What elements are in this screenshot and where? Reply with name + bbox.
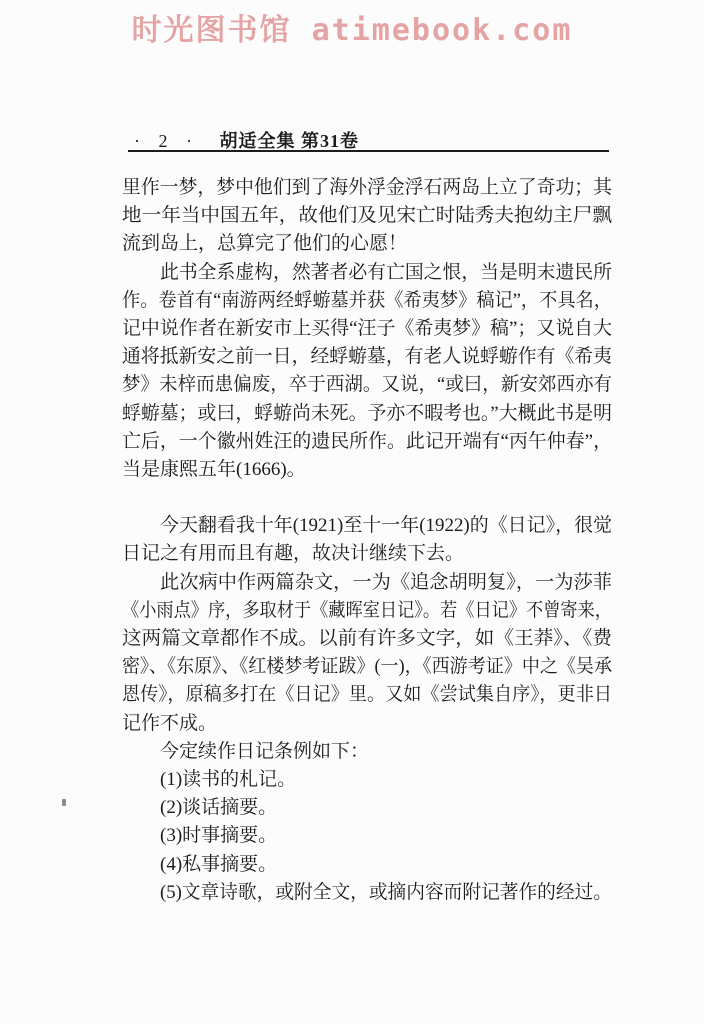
text-line-content: 今天翻看我十年(1921)至十一年(1922)的《日记》，很觉 <box>160 512 612 540</box>
text-line-content: (1)读书的札记。 <box>160 766 296 794</box>
text-line-content: 当是康熙五年(1666)。 <box>122 456 306 484</box>
text-line-content: 日记之有用而且有趣，故决计继续下去。 <box>122 540 464 568</box>
text-line-content: (3)时事摘要。 <box>160 822 277 850</box>
text-line: 今定续作日记条例如下： <box>122 738 612 766</box>
text-line: (1)读书的札记。 <box>122 766 612 794</box>
text-line: 恩传》，原稿多打在《日记》里。又如《尝试集自序》，更非日 <box>122 681 612 709</box>
text-line-content: 今定续作日记条例如下： <box>160 738 369 766</box>
text-line-content: (2)谈话摘要。 <box>160 794 277 822</box>
watermark-text: 时光图书馆 atimebook.com <box>0 5 704 49</box>
book-page: 时光图书馆 atimebook.com · 2 · 胡适全集 第31卷 里作一梦… <box>0 0 704 1024</box>
text-line: (3)时事摘要。 <box>122 822 612 850</box>
text-line-content: 《小雨点》序，多取材于《藏晖室日记》。若《日记》不曾寄来， <box>122 597 612 625</box>
text-line: 记中说作者在新安市上买得“汪子《希夷梦》稿”；又说自大 <box>122 315 612 343</box>
body-text: 里作一梦，梦中他们到了海外浮金浮石两岛上立了奇功；其地一年当中国五年，故他们及见… <box>122 174 612 907</box>
header-rule <box>128 150 609 152</box>
text-line: 作。卷首有“南游两经蜉蝣墓并获《希夷梦》稿记”，不具名， <box>122 287 612 315</box>
text-line <box>122 484 612 512</box>
text-line-content: 蜉蝣墓；或曰，蜉蝣尚未死。予亦不暇考也。”大概此书是明 <box>122 400 612 428</box>
text-line: 此书全系虚构，然著者必有亡国之恨，当是明末遗民所 <box>122 259 612 287</box>
book-title: 胡适全集 第31卷 <box>220 131 360 151</box>
text-line-content: 作。卷首有“南游两经蜉蝣墓并获《希夷梦》稿记”，不具名， <box>122 287 612 315</box>
text-line-content: 记中说作者在新安市上买得“汪子《希夷梦》稿”；又说自大 <box>122 315 612 343</box>
text-line: 密》、《东原》、《红楼梦考证跋》(一)，《西游考证》中之《吴承 <box>122 653 612 681</box>
text-line-content: 密》、《东原》、《红楼梦考证跋》(一)，《西游考证》中之《吴承 <box>122 653 612 681</box>
text-line-content: 恩传》，原稿多打在《日记》里。又如《尝试集自序》，更非日 <box>122 681 612 709</box>
text-line: 里作一梦，梦中他们到了海外浮金浮石两岛上立了奇功；其 <box>122 174 612 202</box>
text-line: 亡后，一个徽州姓汪的遗民所作。此记开端有“丙午仲春”， <box>122 428 612 456</box>
text-line-content: 梦》未梓而患偏废，卒于西湖。又说，“或曰，新安郊西亦有 <box>122 371 612 399</box>
text-line-content: 这两篇文章都作不成。以前有许多文字，如《王莽》、《费 <box>122 625 612 653</box>
text-line: 这两篇文章都作不成。以前有许多文字，如《王莽》、《费 <box>122 625 612 653</box>
text-line: 日记之有用而且有趣，故决计继续下去。 <box>122 540 612 568</box>
text-line-content: 亡后，一个徽州姓汪的遗民所作。此记开端有“丙午仲春”， <box>122 428 612 456</box>
scan-speck <box>62 799 66 806</box>
text-line: 梦》未梓而患偏废，卒于西湖。又说，“或曰，新安郊西亦有 <box>122 371 612 399</box>
text-line: (5)文章诗歌，或附全文，或摘内容而附记著作的经过。 <box>122 879 612 907</box>
text-line: 今天翻看我十年(1921)至十一年(1922)的《日记》，很觉 <box>122 512 612 540</box>
text-line: 通将抵新安之前一日，经蜉蝣墓，有老人说蜉蝣作有《希夷 <box>122 343 612 371</box>
text-line: 地一年当中国五年，故他们及见宋亡时陆秀夫抱幼主尸飘 <box>122 202 612 230</box>
text-line: 《小雨点》序，多取材于《藏晖室日记》。若《日记》不曾寄来， <box>122 597 612 625</box>
text-line-content: 里作一梦，梦中他们到了海外浮金浮石两岛上立了奇功；其 <box>122 174 612 202</box>
text-line: 流到岛上，总算完了他们的心愿！ <box>122 230 612 258</box>
text-line-content: 记作不成。 <box>122 710 217 738</box>
text-line: 蜉蝣墓；或曰，蜉蝣尚未死。予亦不暇考也。”大概此书是明 <box>122 400 612 428</box>
text-line-content: 通将抵新安之前一日，经蜉蝣墓，有老人说蜉蝣作有《希夷 <box>122 343 612 371</box>
text-line: (4)私事摘要。 <box>122 851 612 879</box>
text-line-content: 地一年当中国五年，故他们及见宋亡时陆秀夫抱幼主尸飘 <box>122 202 612 230</box>
page-number: · 2 · <box>134 131 199 151</box>
text-line-content: 此书全系虚构，然著者必有亡国之恨，当是明末遗民所 <box>160 259 612 287</box>
text-line-content: (5)文章诗歌，或附全文，或摘内容而附记著作的经过。 <box>160 879 612 907</box>
text-line: (2)谈话摘要。 <box>122 794 612 822</box>
text-line: 当是康熙五年(1666)。 <box>122 456 612 484</box>
text-line: 此次病中作两篇杂文，一为《追念胡明复》，一为莎菲 <box>122 569 612 597</box>
text-line: 记作不成。 <box>122 710 612 738</box>
text-line-content: (4)私事摘要。 <box>160 851 277 879</box>
text-line-content: 流到岛上，总算完了他们的心愿！ <box>122 230 407 258</box>
text-line-content: 此次病中作两篇杂文，一为《追念胡明复》，一为莎菲 <box>160 569 612 597</box>
